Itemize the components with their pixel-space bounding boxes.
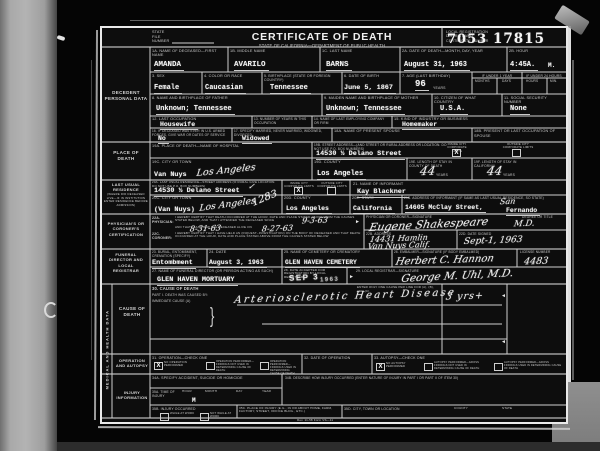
field-label-23: 23. BURIAL, ENTOMBMENT, CREMATION (SPECI…	[152, 250, 204, 258]
field-value-19f: 44	[486, 164, 503, 179]
field-value-20e: California	[353, 205, 395, 214]
field-value-2b: 4:45A.	[510, 61, 538, 71]
registrar-date-stamp-year: 1963	[320, 276, 340, 283]
license-number-label: LICENSE NUMBER	[520, 250, 560, 254]
not-while-at-work-label: NOT WHILE AT WORK	[210, 412, 236, 419]
field-label-25: 25. NAME OF CEMETERY OR CREMATORY	[284, 250, 384, 254]
district-number: 7053	[447, 32, 487, 47]
field-label-2b: 2B. HOUR	[509, 49, 559, 54]
field-label-6: 6. DATE OF BIRTH	[344, 74, 398, 79]
operation-not-used-checkbox	[206, 362, 215, 370]
certify-text-coroner: I HEREBY CERTIFY THAT I HAVE HELD AN (IN…	[175, 232, 361, 240]
arrow-right-icon: ►	[349, 275, 354, 280]
registrar-date-stamp: SEP 3	[289, 272, 319, 283]
field-unit-19f: YEARS	[503, 173, 515, 177]
paper-strip	[0, 0, 57, 451]
under-24-hours-min: MIN.	[550, 79, 557, 83]
section-label-place: PLACE OF DEATH	[106, 150, 146, 162]
page-edge	[568, 26, 571, 424]
section-label-injury: INJURY INFORMATION	[115, 390, 149, 401]
physician-degree: M.D.	[513, 219, 535, 230]
field-value-27: GLEN HAVEN MORTUARY	[157, 276, 238, 286]
field-label-19a: 19A. PLACE OF DEATH—NAME OF HOSPITAL	[152, 144, 292, 149]
field-value-1b: AVARILO	[234, 61, 269, 71]
microfilm-scan: STATE FILE NUMBER CERTIFICATE OF DEATH S…	[0, 0, 600, 451]
field-label-19c: 19C. CITY OR TOWN	[152, 160, 222, 165]
autopsy-used-checkbox	[494, 363, 503, 371]
field-label-7: 7. AGE (LAST BIRTHDAY)	[402, 74, 462, 79]
under-1-year-days: DAYS	[502, 79, 511, 83]
field-unit-19e: YEARS	[436, 173, 448, 177]
county-label: COUNTY	[454, 407, 468, 411]
field-label-19d: 19D. COUNTY	[314, 160, 374, 165]
field-label-18b: 18B. PRESENT OR LAST OCCUPATION OF SPOUS…	[474, 129, 564, 138]
handwritten-21b-san: San	[499, 197, 516, 207]
field-label-1c: 1C. LAST NAME	[322, 49, 392, 54]
page-edge	[130, 20, 460, 21]
field-value-20c: (Van Nuys)	[154, 206, 195, 214]
arrow-left-icon: ◄	[501, 340, 506, 345]
certificate-number: 17815	[493, 31, 545, 47]
operation-used-checkbox	[260, 362, 269, 370]
field-value-3: Female	[154, 84, 182, 94]
field-value-23: Entombment	[152, 259, 196, 269]
not-while-at-work-checkbox	[200, 413, 209, 421]
section-label-medical-vertical: MEDICAL AND HEALTH DATA	[104, 285, 109, 415]
inside-city-checkbox: X	[452, 149, 461, 157]
under-24-hours-label: IF UNDER 24 HOURS	[523, 74, 565, 78]
under-24-hours-hours: HOURS	[526, 79, 538, 83]
handwritten-20a-check: ✓	[247, 182, 255, 191]
field-label-11: 11. SOCIAL SECURITY NUMBER	[504, 96, 564, 105]
section-label-residence: LAST USUAL RESIDENCE	[104, 182, 148, 193]
certify-text-physician-2: AND THAT I LAST SAW THE DECEASED ALIVE O…	[175, 226, 295, 230]
certificate-form: STATE FILE NUMBER CERTIFICATE OF DEATH S…	[100, 26, 568, 424]
field-value-6: June 5, 1867	[344, 84, 396, 94]
cause-interval-value: 3 yrs+	[445, 290, 485, 302]
section-label-funeral: FUNERAL DIRECTOR AND LOCAL REGISTRAR	[105, 252, 147, 274]
section-label-operation: OPERATION AND AUTOPSY	[115, 358, 149, 369]
time-col-month: MONTH	[205, 390, 217, 394]
autopsy-used-label: AUTOPSY PERFORMED—GROSS FINDINGS USED IN…	[504, 361, 562, 371]
field-value-19b: 14530 ½ Delano Street	[316, 150, 405, 160]
field-label-14: 14. NAME OF LAST EMPLOYING COMPANY OR FI…	[314, 117, 389, 125]
outside-city-checkbox-20	[327, 187, 336, 195]
field-unit-7: YEARS	[433, 86, 446, 90]
field-label-2a: 2A. DATE OF DEATH—MONTH, DAY, YEAR	[402, 49, 502, 54]
outside-city-checkbox	[512, 149, 521, 157]
embalmer-license: 4483	[523, 256, 549, 268]
no-autopsy-checkbox: X	[376, 363, 385, 371]
field-label-22a: 22A. PHYSICIAN:	[152, 216, 174, 225]
field-value-1a: AMANDA	[154, 61, 184, 71]
state-label: STATE	[502, 407, 512, 411]
field-value-2a: August 31, 1963	[404, 61, 470, 71]
field-label-22cor: 22C. CORONER:	[152, 232, 174, 241]
page-edge	[98, 426, 570, 430]
field-label-27: 27. NAME OF FUNERAL DIRECTOR (OR PERSON …	[152, 269, 277, 273]
field-value-24: August 3, 1963	[209, 259, 267, 268]
field-label-4: 4. COLOR OR RACE	[204, 74, 259, 79]
bottom-band	[57, 442, 600, 451]
field-value-11: None	[510, 105, 530, 115]
time-col-hour: HOUR	[182, 390, 192, 394]
field-label-21a: 21. NAME OF INFORMANT	[353, 182, 463, 187]
no-autopsy-label: NO AUTOPSY PERFORMED	[386, 362, 420, 369]
field-value-1c: BARNS	[326, 61, 352, 71]
field-label-35c: 35C. PLACE OF INJURY (E.G., IN OR ABOUT …	[239, 407, 339, 415]
section-label-cause: CAUSE OF DEATH	[116, 306, 148, 318]
field-label-9: 9. MAIDEN NAME A­ND BIRTHPLACE OF MOTHER	[324, 96, 429, 101]
field-label-34a: 34A. SPECIFY ACCIDENT, SUICIDE OR HOMICI…	[152, 376, 277, 380]
field-label-33: 33. AUTOPSY—CHECK ONE	[374, 356, 474, 360]
field-label-10: 10. CITIZEN OF WHAT COUNTRY	[434, 96, 496, 105]
field-label-20e: 20E. STATE	[352, 196, 392, 201]
form-subtitle: STATE OF CALIFORNIA—DEPARTMENT OF PUBLIC…	[212, 43, 432, 48]
field-label-19e: 19E. LENGTH OF STAY IN COUNTY OF DEATH	[409, 160, 467, 168]
field-label-35d: 35D. CITY, TOWN OR LOCATION	[344, 407, 434, 411]
no-operation-checkbox: X	[154, 362, 163, 370]
field-value-21b: 14605 McClay Street,	[405, 204, 486, 213]
section-label-physician: PHYSICIAN'S OR CORONER'S CERTIFICATION	[104, 221, 148, 237]
form-number: Rev. 11-58 Form VS—11	[297, 419, 333, 423]
under-1-year-label: IF UNDER 1 YEAR	[473, 74, 521, 78]
field-label-30: 30. CAUSE OF DEATH	[152, 286, 232, 291]
field-value-20d: Los Angeles	[286, 205, 332, 214]
while-at-work-checkbox	[160, 413, 169, 421]
arrow-left-icon: ◄	[501, 294, 506, 299]
date-signed: Sept-1, 1963	[463, 235, 523, 247]
film-mark	[44, 302, 58, 318]
field-label-1b: 1B. MIDDLE NAME	[230, 49, 310, 54]
operation-not-used-label: OPERATION PERFORMED—FINDINGS NOT USED IN…	[216, 360, 254, 373]
field-label-3: 3. SEX	[152, 74, 192, 79]
field-value-35a: M	[192, 397, 196, 404]
no-operation-label: NO OPERATION PERFORMED	[164, 361, 198, 368]
arrow-right-icon: ►	[355, 220, 360, 225]
field-value-19c: Van Nuys	[154, 171, 187, 179]
field-label-13: 13. NUMBER OF YEARS IN THIS OCCUPATION	[254, 117, 309, 125]
field-label-18a: 18A. NAME OF PRESENT SPOUSE	[334, 129, 454, 134]
field-label-8: 8. NAME AND BIRTHPLACE OF FATHER	[152, 96, 292, 101]
time-col-day: DAY	[236, 390, 243, 394]
field-label-32: 32. DATE OF OPERATION	[304, 356, 368, 360]
field-value-4: Caucasian	[205, 84, 246, 94]
under-1-year-months: MONTHS	[475, 79, 490, 83]
section-label-decedent: DECEDENT PERSONAL DATA	[104, 90, 148, 102]
field-label-20c: 20C. CITY OR TOWN	[152, 196, 212, 201]
section-label-residence-note: (WHERE DID DECEASED LIVE—IF IN INSTITUTI…	[104, 193, 148, 208]
operation-used-label: OPERATION PERFORMED—FINDINGS USED IN DET…	[270, 360, 300, 376]
field-value-19e: 44	[419, 164, 436, 179]
field-value-7: 96	[415, 79, 429, 91]
certify-text-physician: I HEREBY CERTIFY THAT DEATH OCCURRED AT …	[175, 216, 361, 224]
field-label-24: 24. DATE	[209, 250, 249, 255]
time-col-year: YEAR	[262, 390, 271, 394]
immediate-cause-label: IMMEDIATE CAUSE (A)	[152, 299, 232, 303]
field-value-2b-m: M.	[548, 62, 555, 69]
page-edge	[91, 60, 92, 360]
field-value-5: Tennessee	[270, 84, 311, 94]
field-value-9: Unknown; Tennessee	[326, 105, 405, 115]
field-label-35a: 35A. TIME OF INJURY	[152, 390, 180, 398]
brace-glyph: }	[210, 305, 214, 326]
inside-city-checkbox-20: X	[294, 187, 303, 195]
page-edge	[572, 60, 574, 380]
handwritten-date-1: 9-3-63	[301, 216, 328, 226]
film-mark	[57, 35, 66, 41]
field-label-1a: 1A. NAME OF DECEASED—FIRST NAME	[152, 49, 228, 58]
autopsy-not-used-label: AUTOPSY PERFORMED—GROSS FINDINGS NOT USE…	[434, 361, 480, 371]
field-value-10: U.S.A.	[440, 105, 468, 115]
field-label-21b: 21B. ADDRESS OF INFORMANT (IF SAME AS LA…	[404, 196, 562, 200]
while-at-work-label: WHILE AT WORK	[170, 412, 196, 415]
field-value-25: GLEN HAVEN CEMETERY	[285, 259, 360, 268]
autopsy-not-used-checkbox	[424, 363, 433, 371]
field-value-8: Unknown; Tennessee	[156, 105, 235, 115]
field-label-5: 5. BIRTHPLACE (STATE OR FOREIGN COUNTRY)	[264, 74, 336, 83]
field-label-34b: 34B. DESCRIBE HOW INJURY OCCURRED (ENTER…	[285, 376, 563, 380]
page-edge	[94, 30, 98, 420]
field-label-20d: 20D. COUNTY	[284, 196, 334, 201]
state-file-label: STATE FILE NUMBER	[152, 30, 172, 44]
cause-part1-label: PART I. DEATH WAS CAUSED BY:	[152, 293, 232, 297]
field-value-19d: Los Angeles	[317, 170, 366, 180]
